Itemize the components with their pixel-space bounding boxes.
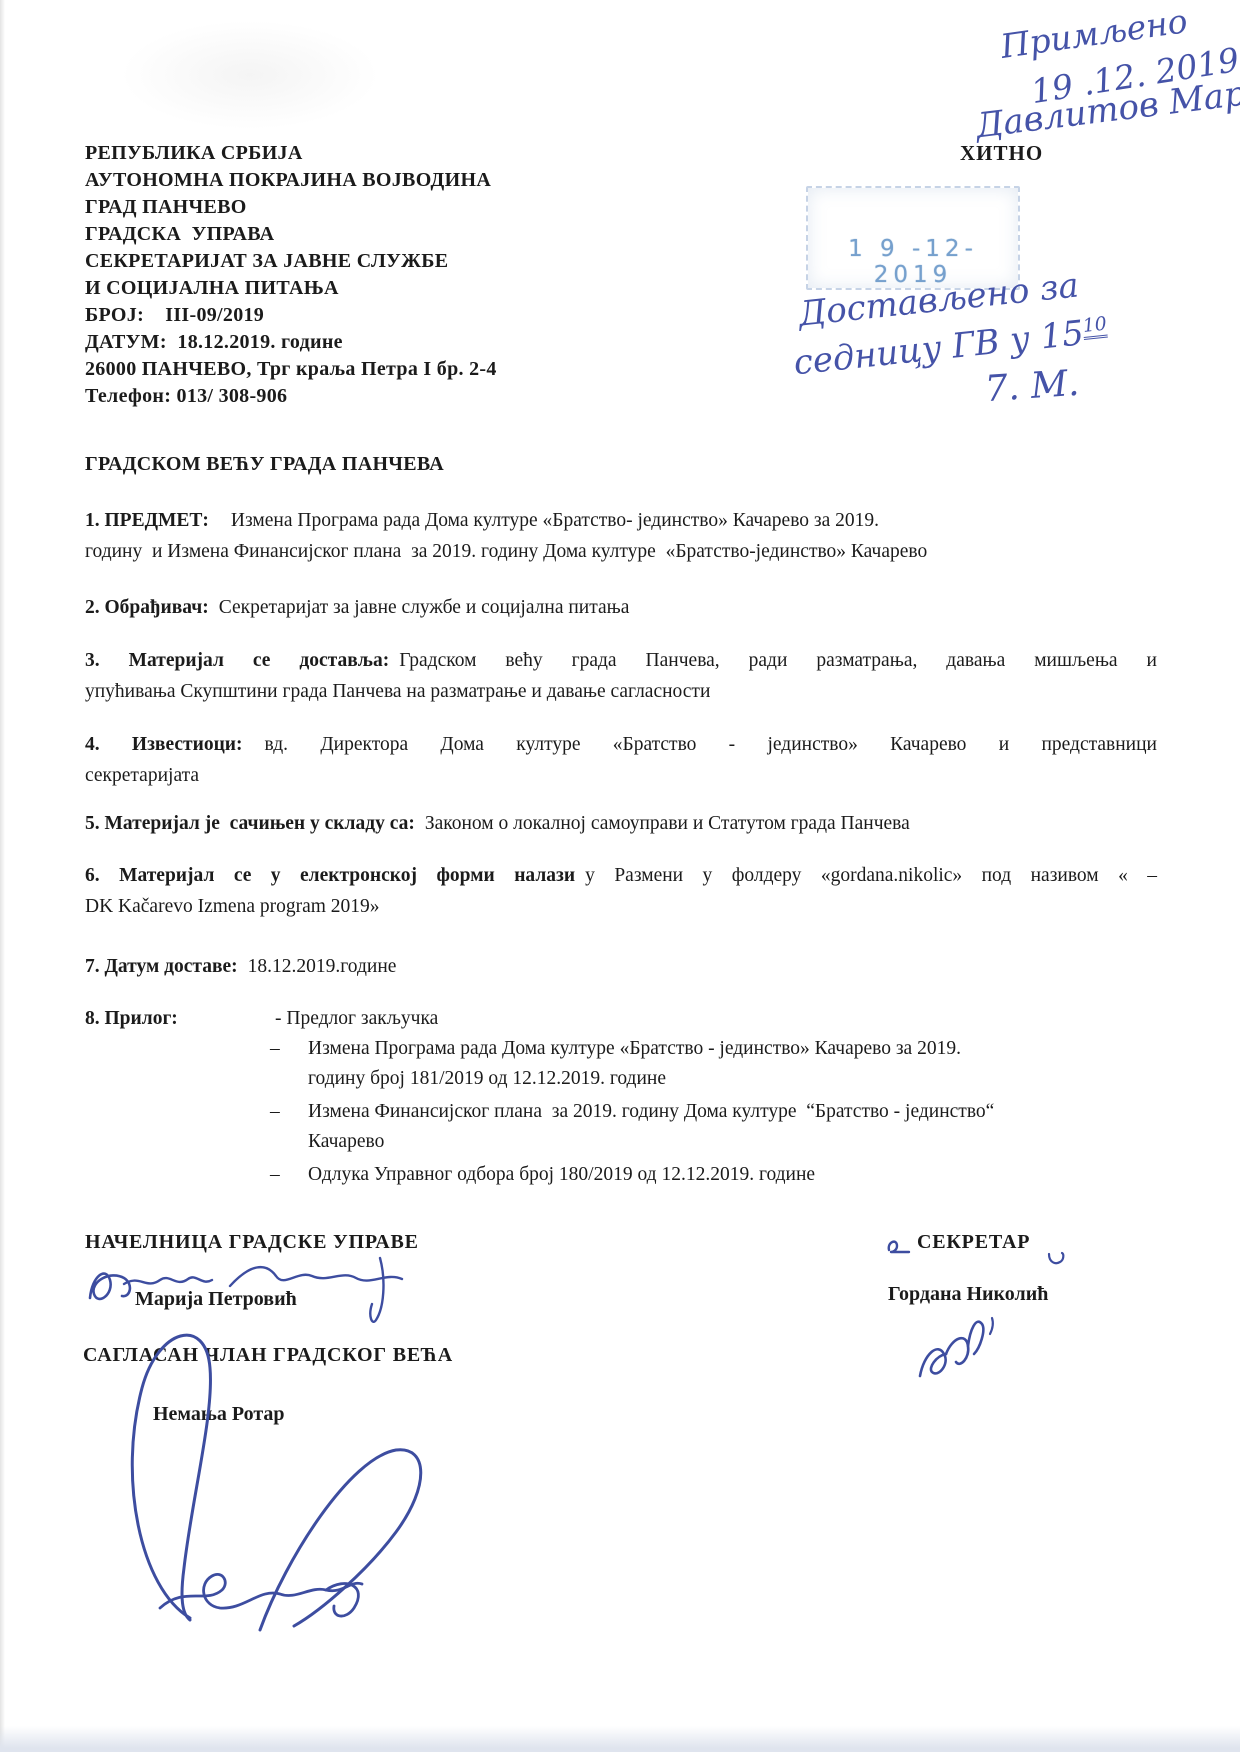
item-predmet: 1. ПРЕДМЕТ:Измена Програма рада Дома кул… bbox=[85, 505, 1157, 567]
delivered-line-3: 7. М. bbox=[984, 363, 1081, 410]
item-3-text-line2: упућивања Скупштини града Панчева на раз… bbox=[85, 676, 1157, 707]
item-1-text-line2: годину и Измена Финансијског плана за 20… bbox=[85, 536, 1157, 567]
item-4-text: вд. Директора Дома културе «Братство - ј… bbox=[265, 734, 1157, 755]
signature-marija-petrovic bbox=[80, 1246, 450, 1326]
item-prilog: 8. Прилог:- Предлог закључка – Измена Пр… bbox=[85, 1003, 1157, 1193]
letterhead: РЕПУБЛИКА СРБИЈА АУТОНОМНА ПОКРАЈИНА ВОЈ… bbox=[85, 140, 725, 410]
scanned-document-page: Примљено 19 .12. 2019 Давлитов Мар ХИТНО… bbox=[0, 0, 1240, 1752]
item-izvestioci: 4. Известиоци:вд. Директора Дома културе… bbox=[85, 729, 1157, 791]
attachment-2-line1: Измена Финансијског плана за 2019. годин… bbox=[308, 1097, 1157, 1127]
right-signatory-name: Гордана Николић bbox=[888, 1283, 1048, 1306]
signature-nemanja-rotar bbox=[110, 1318, 455, 1648]
item-6-text-line2: DK Kačarevo Izmena program 2019» bbox=[85, 891, 1157, 922]
item-6-label: 6. Материјал се у електронској форми нал… bbox=[85, 865, 575, 886]
item-4-label: 4. Известиоци: bbox=[85, 734, 243, 755]
item-5-text: Законом о локалној самоуправи и Статутом… bbox=[425, 813, 910, 834]
item-7-text: 18.12.2019.године bbox=[248, 956, 397, 977]
letterhead-line: Телефон: 013/ 308-906 bbox=[85, 383, 725, 410]
item-elektronska-forma: 6. Материјал се у електронској форми нал… bbox=[85, 860, 1157, 922]
item-2-label: 2. Обрађивач: bbox=[85, 597, 209, 618]
letterhead-line: АУТОНОМНА ПОКРАЈИНА ВОЈВОДИНА bbox=[85, 167, 725, 194]
recipient-line: ГРАДСКОМ ВЕЋУ ГРАДА ПАНЧЕВА bbox=[85, 453, 444, 476]
attachment-bullet: – bbox=[270, 1097, 308, 1157]
item-4-text-line2: секретаријата bbox=[85, 760, 1157, 791]
item-2-text: Секретаријат за јавне службе и социјална… bbox=[219, 597, 630, 618]
signature-gordana-nikolic bbox=[912, 1310, 1022, 1390]
letterhead-line: ГРАДСКА УПРАВА bbox=[85, 221, 725, 248]
item-6-text: у Размени у фолдеру «gordana.nikolic» по… bbox=[585, 865, 1157, 886]
left-signatory-name: Марија Петровић bbox=[135, 1288, 297, 1311]
letterhead-line: ДАТУМ: 18.12.2019. године bbox=[85, 329, 725, 356]
attachment-entry: – Измена Финансијског плана за 2019. год… bbox=[270, 1097, 1157, 1157]
attachment-entry: – Одлука Управног одбора број 180/2019 о… bbox=[270, 1160, 1157, 1190]
attachment-entry: – Измена Програма рада Дома културе «Бра… bbox=[270, 1034, 1157, 1094]
scan-bottom-band bbox=[0, 1726, 1240, 1752]
item-datum-dostave: 7. Датум доставе:18.12.2019.године bbox=[85, 951, 1157, 982]
right-signatory-title: СЕКРЕТАР bbox=[917, 1231, 1030, 1254]
letterhead-line: СЕКРЕТАРИЈАТ ЗА ЈАВНЕ СЛУЖБЕ bbox=[85, 248, 725, 275]
attachment-2-line2: Качарево bbox=[308, 1127, 1157, 1157]
urgent-label: ХИТНО bbox=[960, 141, 1070, 166]
secretary-pen-mark-left bbox=[883, 1238, 913, 1260]
item-3-label: 3. Материјал се доставља: bbox=[85, 650, 389, 671]
item-materijal-dostavlja: 3. Материјал се доставља:Градском већу г… bbox=[85, 645, 1157, 707]
letterhead-line: РЕПУБЛИКА СРБИЈА bbox=[85, 140, 725, 167]
item-sklad: 5. Материјал је сачињен у складу са:Зако… bbox=[85, 808, 1157, 839]
item-1-text: Измена Програма рада Дома културе «Братс… bbox=[231, 510, 879, 531]
letterhead-line: БРОЈ: III-09/2019 bbox=[85, 302, 725, 329]
item-8-label: 8. Прилог: bbox=[85, 1003, 275, 1034]
item-1-label: 1. ПРЕДМЕТ: bbox=[85, 510, 209, 531]
attachment-bullet: – bbox=[270, 1034, 308, 1094]
attachments-list: – Измена Програма рада Дома културе «Бра… bbox=[270, 1034, 1157, 1190]
scan-edge-strip bbox=[0, 0, 5, 1752]
item-5-label: 5. Материјал је сачињен у складу са: bbox=[85, 813, 415, 834]
letterhead-line: ГРАД ПАНЧЕВО bbox=[85, 194, 725, 221]
letterhead-line: И СОЦИЈАЛНА ПИТАЊА bbox=[85, 275, 725, 302]
attachment-1-line1: Измена Програма рада Дома културе «Братс… bbox=[308, 1034, 1157, 1064]
delivered-line-2-superscript: 10 bbox=[1082, 313, 1108, 339]
attachment-1-line2: годину број 181/2019 од 12.12.2019. годи… bbox=[308, 1064, 1157, 1094]
item-obradjivac: 2. Обрађивач:Секретаријат за јавне служб… bbox=[85, 592, 1157, 623]
item-3-text: Градском већу града Панчева, ради размат… bbox=[399, 650, 1157, 671]
secretary-pen-mark-right bbox=[1047, 1250, 1071, 1268]
attachment-3-line1: Одлука Управног одбора број 180/2019 од … bbox=[308, 1160, 1157, 1190]
item-8-first-entry: - Предлог закључка bbox=[275, 1008, 438, 1029]
handwritten-delivered-line3: 7. М. bbox=[984, 363, 1081, 410]
scan-smudge bbox=[120, 20, 380, 130]
letterhead-line: 26000 ПАНЧЕВО, Трг краља Петра I бр. 2-4 bbox=[85, 356, 725, 383]
item-7-label: 7. Датум доставе: bbox=[85, 956, 238, 977]
attachment-bullet: – bbox=[270, 1160, 308, 1190]
